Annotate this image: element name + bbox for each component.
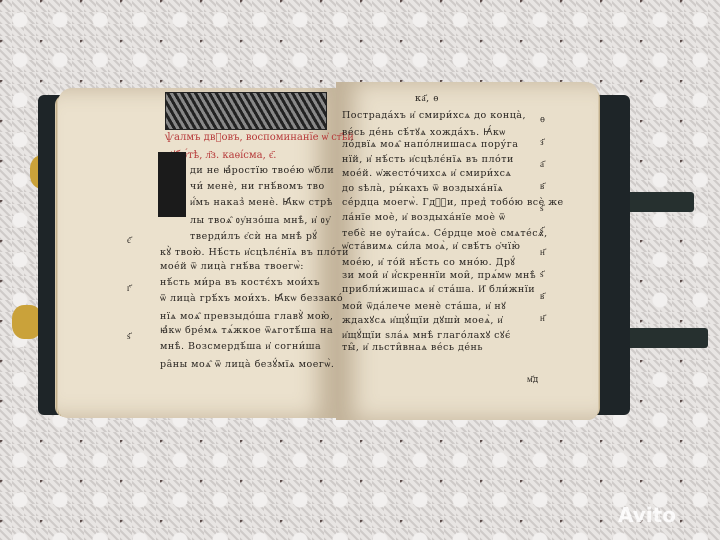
rubric-line-1: ѱалмъ двⷣовъ, воспоминанїе ѡ҆ ст҃ѣй bbox=[165, 132, 354, 143]
text-line: мое́ю, и҆ то́й нѣ́сть со мно́ю. Дрꙋ́ bbox=[342, 255, 515, 268]
text-line: ло́двїѧ моѧ̑ напо́лнишасѧ пору́га bbox=[342, 139, 518, 150]
margin-numeral: ѕ҃ bbox=[127, 331, 131, 342]
text-line: ди не ꙗ҆́ростїю твое́ю ѡ҆бли bbox=[190, 165, 334, 176]
text-line: ра̑ны моѧ̑ ѿ лица̀ безꙋ́мїѧ моегѡ̀. bbox=[160, 357, 334, 370]
margin-numeral: г҃ bbox=[127, 283, 131, 294]
text-line: Пострада́хъ и҆ смири́хсѧ до конца̀, bbox=[342, 110, 526, 121]
ornamental-headpiece bbox=[165, 92, 327, 130]
margin-numeral: в҃ bbox=[540, 291, 544, 302]
drop-capital bbox=[158, 152, 186, 217]
text-line: мои̑ ѿда́лече менѐ ста́ша, и҆ нꙋ bbox=[342, 299, 506, 312]
text-line: ждахꙋсѧ и҆щꙋ́щїи дꙋшѝ моеѧ̀, и҆ bbox=[342, 313, 503, 326]
text-line: ѿ лица̀ грѣ́хъ мои́хъ. Ꙗ҆́кѡ беззако́ bbox=[160, 293, 343, 304]
text-line: ла́нїе моѐ, и҆ воздыха́нїе моѐ ѿ bbox=[342, 212, 506, 223]
text-line: кꙋ̀ твою̀. Нѣ́сть и҆сцѣлє́нїѧ въ пло́ти bbox=[160, 245, 349, 258]
text-line: се́рдца моегѡ̀. Гдⷭ҇и, пред̾ тобо́ю всѐ … bbox=[342, 197, 564, 208]
margin-numeral: з҃ bbox=[540, 137, 544, 148]
text-line: лы твоѧ̑ ᲂу҆нзо́ша мнѣ̀, и҆ ᲂу҆ bbox=[190, 213, 331, 226]
text-line: нїй, и҆ нѣ́сть и҆сцѣлє́нїѧ въ пло́ти bbox=[342, 154, 514, 165]
text-line: и҆́мъ наказ̾ менѐ. Ꙗ҆́кѡ стрѣ bbox=[190, 197, 333, 208]
text-line: мое́й ѿ лица̀ гнѣ́ва твоегѡ̀: bbox=[160, 261, 304, 272]
margin-numeral: в҃ bbox=[540, 181, 544, 192]
signature-mark: м҃д bbox=[527, 374, 538, 385]
margin-numeral: ѕ҃ bbox=[540, 203, 544, 214]
text-line: нїѧ моѧ̑ превзыдо́ша главꙋ̀ мою̀, bbox=[160, 309, 333, 322]
avito-watermark: Avito bbox=[618, 503, 676, 527]
text-line: ты̑, и҆ льсти̑внаѧ ве́сь де́нь bbox=[342, 342, 483, 353]
text-line: чи́ менѐ, ни гнѣ́вомъ тво bbox=[190, 181, 325, 192]
text-line: ве́сь де́нь сѣ́тꙋѧ хожда́хъ. Ꙗ҆́кѡ bbox=[342, 125, 506, 138]
text-line: прибли́жишасѧ и҆ ста́ша. И҆ бли́жнїи bbox=[342, 284, 535, 295]
text-line: зи мои̑ и҆ и҆́скреннїи мои̑, прѧ́мѡ мнѣ̀ bbox=[342, 270, 536, 281]
margin-numeral: а҃ bbox=[540, 159, 544, 170]
text-line: ꙗ҆́кѡ бре́мѧ тѧ́жкое ѿѧготѣ́ша на bbox=[160, 325, 333, 336]
margin-numeral: є҃ bbox=[127, 235, 131, 246]
page-header: ка҃, ѳ bbox=[415, 93, 439, 104]
margin-numeral: ѕ҃ bbox=[540, 269, 544, 280]
text-line: мнѣ̀. Возсмердѣ́ша и҆ согни́ша bbox=[160, 341, 321, 352]
text-line: ѡ҆ста́вимѧ си́ла моѧ̀, и҆ свѣ́тъ ѻ҆чїю̀ bbox=[342, 241, 520, 252]
text-line: мое́й. ѡ҆жесто́чихсѧ и҆ смири́хсѧ bbox=[342, 168, 512, 179]
text-line: нѣ́сть ми́ра въ костє́хъ мои́хъ bbox=[160, 277, 320, 288]
text-line: тверди́лъ є҆сѝ на мнѣ̀ рꙋ́ bbox=[190, 229, 317, 242]
text-line: тебє̀ не ᲂу҆таи́сѧ. Се́рдце моѐ смѧте́сѧ… bbox=[342, 226, 548, 239]
margin-numeral: ѕ҃ bbox=[540, 225, 544, 236]
text-line: до ѕѣла̀, ры́кахъ ѿ воздыха́нїѧ bbox=[342, 183, 503, 194]
text-line: и҆щꙋ́щїи ѕла́ѧ мнѣ̀ глаго́лахꙋ сꙋє́ bbox=[342, 328, 511, 341]
margin-numeral: ѳ bbox=[540, 115, 545, 125]
margin-numeral: н҃ bbox=[540, 247, 545, 258]
margin-numeral: н҃ bbox=[540, 313, 545, 324]
